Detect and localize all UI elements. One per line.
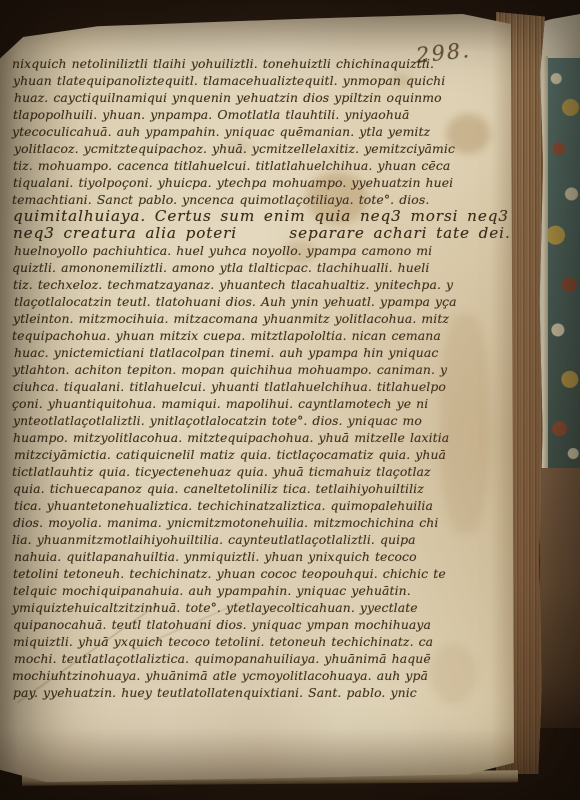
manuscript-line: yolitlacoz. ycmitztequipachoz. yhuā. ycm… bbox=[14, 140, 470, 157]
manuscript-line: ytlahton. achiton tepiton. mopan quichih… bbox=[13, 361, 469, 378]
manuscript-line: temachtiani. Sanct pablo. yncenca quimot… bbox=[12, 191, 468, 208]
manuscript-line: tlapopolhuili. yhuan. ynpampa. Omotlatla… bbox=[13, 106, 469, 123]
marbled-endpaper bbox=[546, 58, 580, 470]
manuscript-line: tequipachohua. yhuan mitzix cuepa. mitzt… bbox=[12, 327, 468, 344]
manuscript-line: tetolini tetoneuh. techichinatz. yhuan c… bbox=[13, 565, 469, 582]
manuscript-line: nixquich netoliniliztli tlaihi yohuilizt… bbox=[12, 55, 468, 72]
manuscript-line: çoni. yhuantiquitohua. mamiqui. mapolihu… bbox=[12, 395, 468, 412]
manuscript-line: yhuan tlatequipanoliztequitl. tlamacehua… bbox=[13, 72, 469, 89]
manuscript-line: tiz. techxeloz. techmatzayanaz. yhuantec… bbox=[13, 276, 469, 293]
manuscript-line: neq3 creatura alia poteri separare achar… bbox=[13, 225, 469, 242]
manuscript-line: huelnoyollo pachiuhtica. huel yuhca noyo… bbox=[14, 242, 470, 259]
manuscript-line: huampo. mitzyolitlacohua. mitztequipacho… bbox=[13, 429, 469, 446]
manuscript-line: quimitalhuiaya. Certus sum enim quia neq… bbox=[13, 208, 469, 225]
manuscript-line: quipanocahuā. teutl tlatohuani dios. yni… bbox=[13, 616, 469, 633]
manuscript-line: lia. yhuanmitzmotlaihiyohuiltilia. caynt… bbox=[12, 531, 468, 548]
manuscript-line: ytleinton. mitzmocihuia. mitzacomana yhu… bbox=[13, 310, 469, 327]
manuscript-line: nahuia. quitlapanahuiltia. ynmiquiztli. … bbox=[14, 548, 470, 565]
book-photo: 298. nixquich netoliniliztli tlaihi yohu… bbox=[0, 0, 580, 800]
manuscript-line: ymiquiztehuicaltzitzinhuā. tote°. ytetla… bbox=[12, 599, 468, 616]
manuscript-line: huac. ynictemictiani tlatlacolpan tinemi… bbox=[14, 344, 470, 361]
lower-book-edge bbox=[540, 468, 580, 728]
manuscript-line: pay. yyehuatzin. huey teutlatollatenquix… bbox=[13, 684, 469, 701]
text-block: nixquich netoliniliztli tlaihi yohuilizt… bbox=[13, 55, 469, 701]
manuscript-line: quia. tichuecapanoz quia. caneltetolinil… bbox=[13, 480, 469, 497]
manuscript-page: 298. nixquich netoliniliztli tlaihi yohu… bbox=[0, 14, 514, 782]
manuscript-line: tiz. mohuampo. cacenca titlahuelcui. tit… bbox=[13, 157, 469, 174]
manuscript-line: tictlatlauhtiz quia. ticyectenehuaz quia… bbox=[12, 463, 468, 480]
manuscript-line: huaz. cayctiquilnamiqui ynquenin yehuatz… bbox=[14, 89, 470, 106]
manuscript-line: ytecoculicahuā. auh ypampahin. yniquac q… bbox=[12, 123, 468, 140]
manuscript-line: ciuhca. tiqualani. titlahuelcui. yhuanti… bbox=[13, 378, 469, 395]
manuscript-line: tiqualani. tiyolpoçoni. yhuicpa. ytechpa… bbox=[13, 174, 469, 191]
manuscript-line: tica. yhuantetonehualiztica. techichinat… bbox=[14, 497, 470, 514]
manuscript-line: quiztli. amononemiliztli. amono ytla tla… bbox=[12, 259, 468, 276]
manuscript-line: mochi. teutlatlaçotlaliztica. quimopanah… bbox=[14, 650, 470, 667]
manuscript-line: mochiuhtzinohuaya. yhuānimā atle ycmoyol… bbox=[12, 667, 468, 684]
manuscript-line: tlaçotlalocatzin teutl. tlatohuani dios.… bbox=[14, 293, 470, 310]
manuscript-line: mitzciyāmictia. catiquicnelil matiz quia… bbox=[14, 446, 470, 463]
manuscript-line: telquic mochiquipanahuia. auh ypampahin.… bbox=[13, 582, 469, 599]
manuscript-line: ynteotlatlaçotlaliztli. ynitlaçotlalocat… bbox=[13, 412, 469, 429]
manuscript-line: miquiztli. yhuā yxquich tecoco tetolini.… bbox=[13, 633, 469, 650]
manuscript-line: dios. moyolia. manima. ynicmitzmotonehui… bbox=[13, 514, 469, 531]
